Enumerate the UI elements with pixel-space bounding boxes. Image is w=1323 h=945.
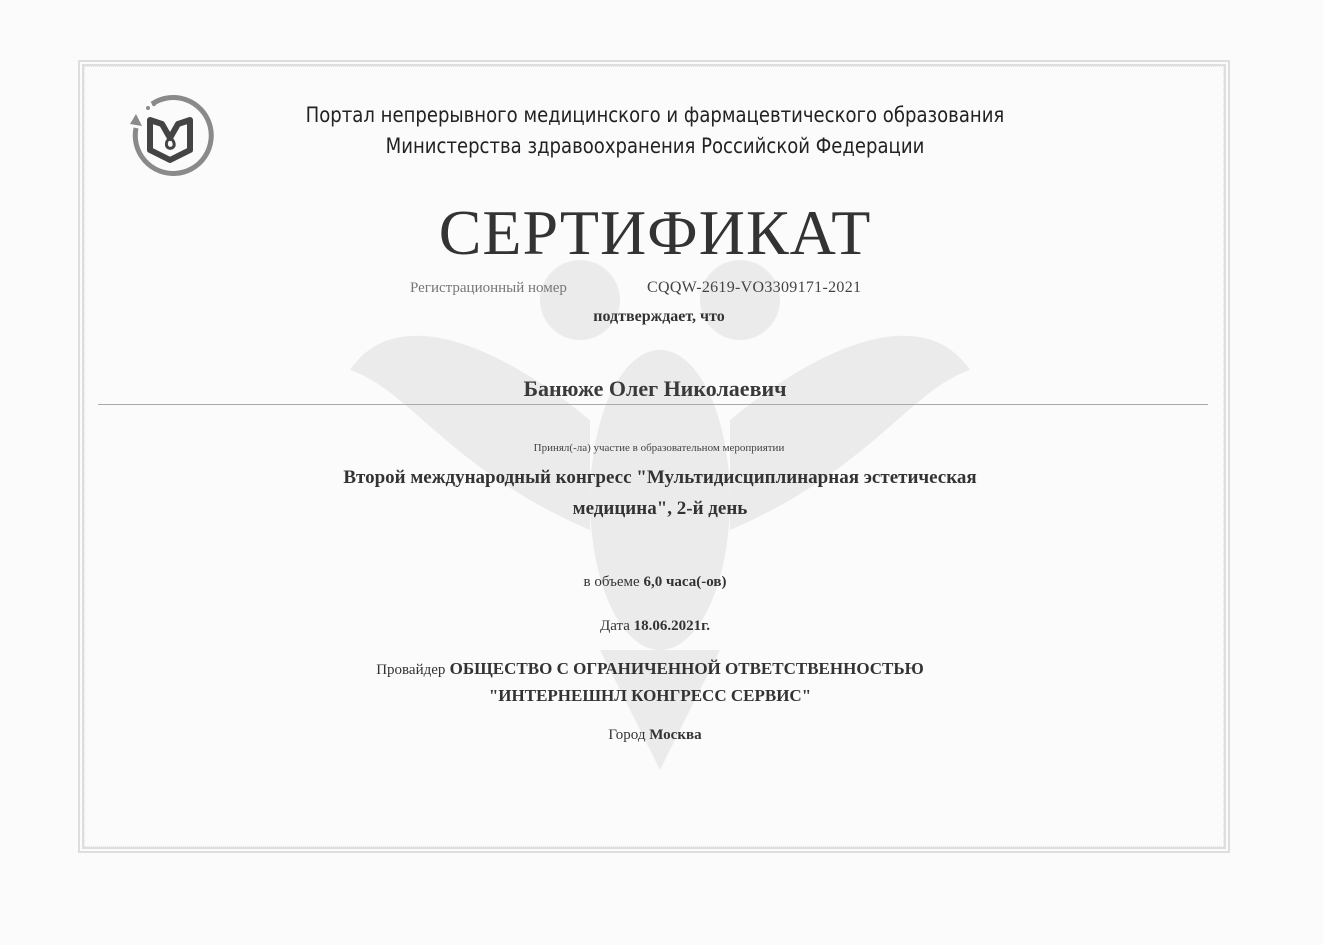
provider-name-line-2: "ИНТЕРНЕШНЛ КОНГРЕСС СЕРВИС" bbox=[489, 686, 811, 705]
event-title-line-2: медицина", 2-й день bbox=[270, 493, 1050, 524]
date-label: Дата bbox=[600, 618, 630, 634]
portal-header: Портал непрерывного медицинского и фарма… bbox=[298, 100, 1012, 162]
registration-label: Регистрационный номер bbox=[410, 280, 567, 296]
recipient-name: Банюже Олег Николаевич bbox=[0, 376, 1310, 402]
date-value: 18.06.2021г. bbox=[634, 618, 710, 634]
registration-number: CQQW-2619-VO3309171-2021 bbox=[647, 279, 861, 297]
volume-label: в объеме bbox=[584, 574, 640, 590]
city-row: Город Москва bbox=[0, 727, 1310, 744]
event-title-line-1: Второй международный конгресс "Мультидис… bbox=[270, 462, 1050, 493]
certificate-title: СЕРТИФИКАТ bbox=[0, 196, 1310, 270]
city-value: Москва bbox=[649, 727, 701, 743]
provider-label: Провайдер bbox=[376, 662, 445, 678]
provider-name-line-1: ОБЩЕСТВО С ОГРАНИЧЕННОЙ ОТВЕТСТВЕННОСТЬЮ bbox=[450, 659, 924, 678]
registration-row: Регистрационный номер CQQW-2619-VO330917… bbox=[410, 280, 567, 297]
book-cycle-logo-icon bbox=[124, 90, 216, 180]
name-underline bbox=[98, 404, 1208, 405]
header-line-1: Портал непрерывного медицинского и фарма… bbox=[298, 100, 1012, 131]
volume-row: в объеме 6,0 часа(-ов) bbox=[0, 574, 1310, 591]
city-label: Город bbox=[608, 727, 645, 743]
participation-text: Принял(-ла) участие в образовательном ме… bbox=[0, 442, 1318, 454]
header-line-2: Министерства здравоохранения Российской … bbox=[298, 131, 1012, 162]
volume-value: 6,0 часа(-ов) bbox=[643, 574, 726, 590]
date-row: Дата 18.06.2021г. bbox=[0, 618, 1310, 635]
confirms-text: подтверждает, что bbox=[0, 308, 1318, 326]
provider-block: Провайдер ОБЩЕСТВО С ОГРАНИЧЕННОЙ ОТВЕТС… bbox=[0, 656, 1300, 709]
event-title: Второй международный конгресс "Мультидис… bbox=[270, 462, 1050, 524]
